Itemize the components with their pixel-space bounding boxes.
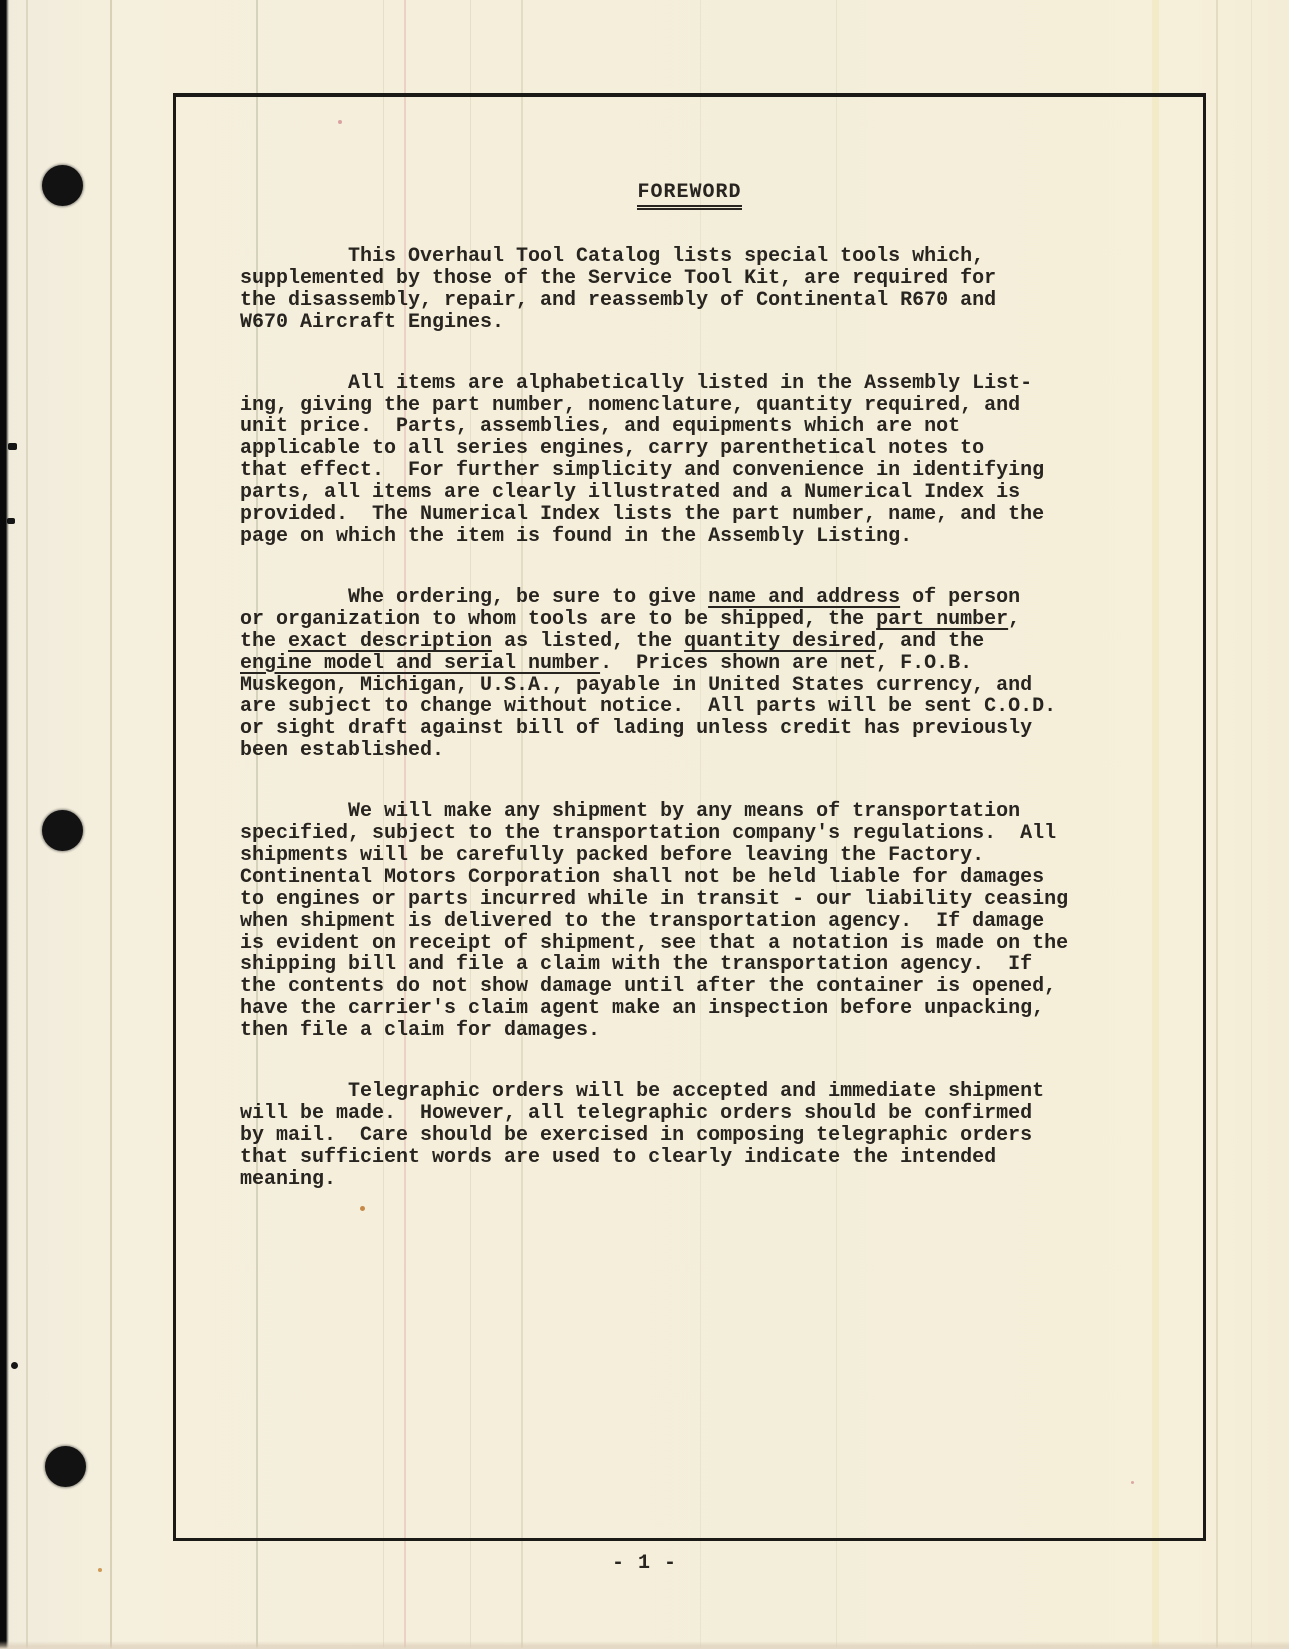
text-segment: the contents do not show damage until af… bbox=[240, 975, 1056, 998]
text-line: are subject to change without notice. Al… bbox=[240, 696, 1203, 718]
page-title: FOREWORD bbox=[637, 181, 741, 210]
text-segment: when shipment is delivered to the transp… bbox=[240, 910, 1044, 933]
text-segment: meaning. bbox=[240, 1168, 336, 1191]
text-line: ing, giving the part number, nomenclatur… bbox=[240, 395, 1203, 417]
text-segment: to engines or parts incurred while in tr… bbox=[240, 888, 1068, 911]
body-text: This Overhaul Tool Catalog lists special… bbox=[176, 246, 1203, 1191]
text-segment: are subject to change without notice. Al… bbox=[240, 695, 1056, 718]
text-segment: that effect. For further simplicity and … bbox=[240, 459, 1044, 482]
text-line: then file a claim for damages. bbox=[240, 1020, 1203, 1042]
text-segment: parts, all items are clearly illustrated… bbox=[240, 481, 1020, 504]
text-line: parts, all items are clearly illustrated… bbox=[240, 482, 1203, 504]
page-number: - 1 - bbox=[0, 1552, 1289, 1575]
text-line: when shipment is delivered to the transp… bbox=[240, 911, 1203, 933]
edge-mark bbox=[11, 1362, 18, 1369]
text-segment: of person bbox=[900, 586, 1020, 609]
text-segment: , bbox=[1008, 608, 1020, 631]
text-segment: provided. The Numerical Index lists the … bbox=[240, 503, 1044, 526]
text-segment: have the carrier's claim agent make an i… bbox=[240, 997, 1044, 1020]
text-segment: shipping bill and file a claim with the … bbox=[240, 953, 1032, 976]
text-segment: or organization to whom tools are to be … bbox=[240, 608, 876, 631]
text-line: is evident on receipt of shipment, see t… bbox=[240, 933, 1203, 955]
underlined-text: quantity desired bbox=[684, 630, 876, 653]
text-segment: been established. bbox=[240, 739, 444, 762]
text-line: engine model and serial number. Prices s… bbox=[240, 653, 1203, 675]
text-segment: Telegraphic orders will be accepted and … bbox=[240, 1080, 1044, 1103]
text-segment: Muskegon, Michigan, U.S.A., payable in U… bbox=[240, 674, 1032, 697]
title-row: FOREWORD bbox=[176, 181, 1203, 210]
text-line: specified, subject to the transportation… bbox=[240, 823, 1203, 845]
text-line: or sight draft against bill of lading un… bbox=[240, 718, 1203, 740]
text-line: that effect. For further simplicity and … bbox=[240, 460, 1203, 482]
edge-mark bbox=[8, 443, 17, 450]
text-line: Muskegon, Michigan, U.S.A., payable in U… bbox=[240, 675, 1203, 697]
text-line: supplemented by those of the Service Too… bbox=[240, 268, 1203, 290]
text-line: meaning. bbox=[240, 1169, 1203, 1191]
text-line: shipping bill and file a claim with the … bbox=[240, 954, 1203, 976]
underlined-text: exact description bbox=[288, 630, 492, 653]
punch-hole bbox=[45, 1446, 86, 1487]
text-line: Continental Motors Corporation shall not… bbox=[240, 867, 1203, 889]
page-border-box: FOREWORD This Overhaul Tool Catalog list… bbox=[173, 93, 1206, 1541]
text-line: been established. bbox=[240, 740, 1203, 762]
paragraph: Whe ordering, be sure to give name and a… bbox=[240, 587, 1203, 762]
text-segment: the bbox=[240, 630, 288, 653]
text-line: We will make any shipment by any means o… bbox=[240, 801, 1203, 823]
text-segment: This Overhaul Tool Catalog lists special… bbox=[240, 245, 984, 268]
text-line: have the carrier's claim agent make an i… bbox=[240, 998, 1203, 1020]
text-line: provided. The Numerical Index lists the … bbox=[240, 504, 1203, 526]
text-line: unit price. Parts, assemblies, and equip… bbox=[240, 416, 1203, 438]
text-line: will be made. However, all telegraphic o… bbox=[240, 1103, 1203, 1125]
text-segment: All items are alphabetically listed in t… bbox=[240, 372, 1032, 395]
text-line: or organization to whom tools are to be … bbox=[240, 609, 1203, 631]
paragraph: All items are alphabetically listed in t… bbox=[240, 373, 1203, 548]
text-segment: is evident on receipt of shipment, see t… bbox=[240, 932, 1068, 955]
text-line: the disassembly, repair, and reassembly … bbox=[240, 290, 1203, 312]
text-line: W670 Aircraft Engines. bbox=[240, 312, 1203, 334]
punch-hole bbox=[42, 810, 83, 851]
text-line: Whe ordering, be sure to give name and a… bbox=[240, 587, 1203, 609]
text-segment: specified, subject to the transportation… bbox=[240, 822, 1056, 845]
text-segment: Continental Motors Corporation shall not… bbox=[240, 866, 1044, 889]
text-segment: page on which the item is found in the A… bbox=[240, 525, 912, 548]
text-segment: Whe ordering, be sure to give bbox=[240, 586, 708, 609]
scan-edge-bottom bbox=[0, 1641, 1289, 1649]
text-segment: applicable to all series engines, carry … bbox=[240, 437, 984, 460]
text-segment: , and the bbox=[876, 630, 984, 653]
page-background: FOREWORD This Overhaul Tool Catalog list… bbox=[0, 0, 1289, 1649]
paragraph: This Overhaul Tool Catalog lists special… bbox=[240, 246, 1203, 334]
text-line: to engines or parts incurred while in tr… bbox=[240, 889, 1203, 911]
scan-edge-left bbox=[0, 0, 9, 1649]
text-segment: or sight draft against bill of lading un… bbox=[240, 717, 1032, 740]
text-segment: the disassembly, repair, and reassembly … bbox=[240, 289, 996, 312]
text-line: page on which the item is found in the A… bbox=[240, 526, 1203, 548]
text-segment: . Prices shown are net, F.O.B. bbox=[600, 652, 972, 675]
underlined-text: engine model and serial number bbox=[240, 652, 600, 675]
text-segment: supplemented by those of the Service Too… bbox=[240, 267, 996, 290]
text-segment: that sufficient words are used to clearl… bbox=[240, 1146, 996, 1169]
punch-hole bbox=[42, 165, 83, 206]
text-line: applicable to all series engines, carry … bbox=[240, 438, 1203, 460]
text-line: the contents do not show damage until af… bbox=[240, 976, 1203, 998]
text-line: that sufficient words are used to clearl… bbox=[240, 1147, 1203, 1169]
underlined-text: name and address bbox=[708, 586, 900, 609]
text-line: All items are alphabetically listed in t… bbox=[240, 373, 1203, 395]
text-line: Telegraphic orders will be accepted and … bbox=[240, 1081, 1203, 1103]
text-segment: will be made. However, all telegraphic o… bbox=[240, 1102, 1032, 1125]
text-segment: then file a claim for damages. bbox=[240, 1019, 600, 1042]
paragraph: Telegraphic orders will be accepted and … bbox=[240, 1081, 1203, 1191]
text-segment: by mail. Care should be exercised in com… bbox=[240, 1124, 1032, 1147]
text-line: by mail. Care should be exercised in com… bbox=[240, 1125, 1203, 1147]
text-line: shipments will be carefully packed befor… bbox=[240, 845, 1203, 867]
paragraph: We will make any shipment by any means o… bbox=[240, 801, 1203, 1042]
underlined-text: part number bbox=[876, 608, 1008, 631]
text-segment: ing, giving the part number, nomenclatur… bbox=[240, 394, 1020, 417]
text-line: This Overhaul Tool Catalog lists special… bbox=[240, 246, 1203, 268]
text-line: the exact description as listed, the qua… bbox=[240, 631, 1203, 653]
text-segment: as listed, the bbox=[492, 630, 684, 653]
text-segment: W670 Aircraft Engines. bbox=[240, 311, 504, 334]
text-segment: We will make any shipment by any means o… bbox=[240, 800, 1020, 823]
page-title-text: FOREWORD bbox=[637, 181, 741, 207]
text-segment: shipments will be carefully packed befor… bbox=[240, 844, 984, 867]
text-segment: unit price. Parts, assemblies, and equip… bbox=[240, 415, 960, 438]
